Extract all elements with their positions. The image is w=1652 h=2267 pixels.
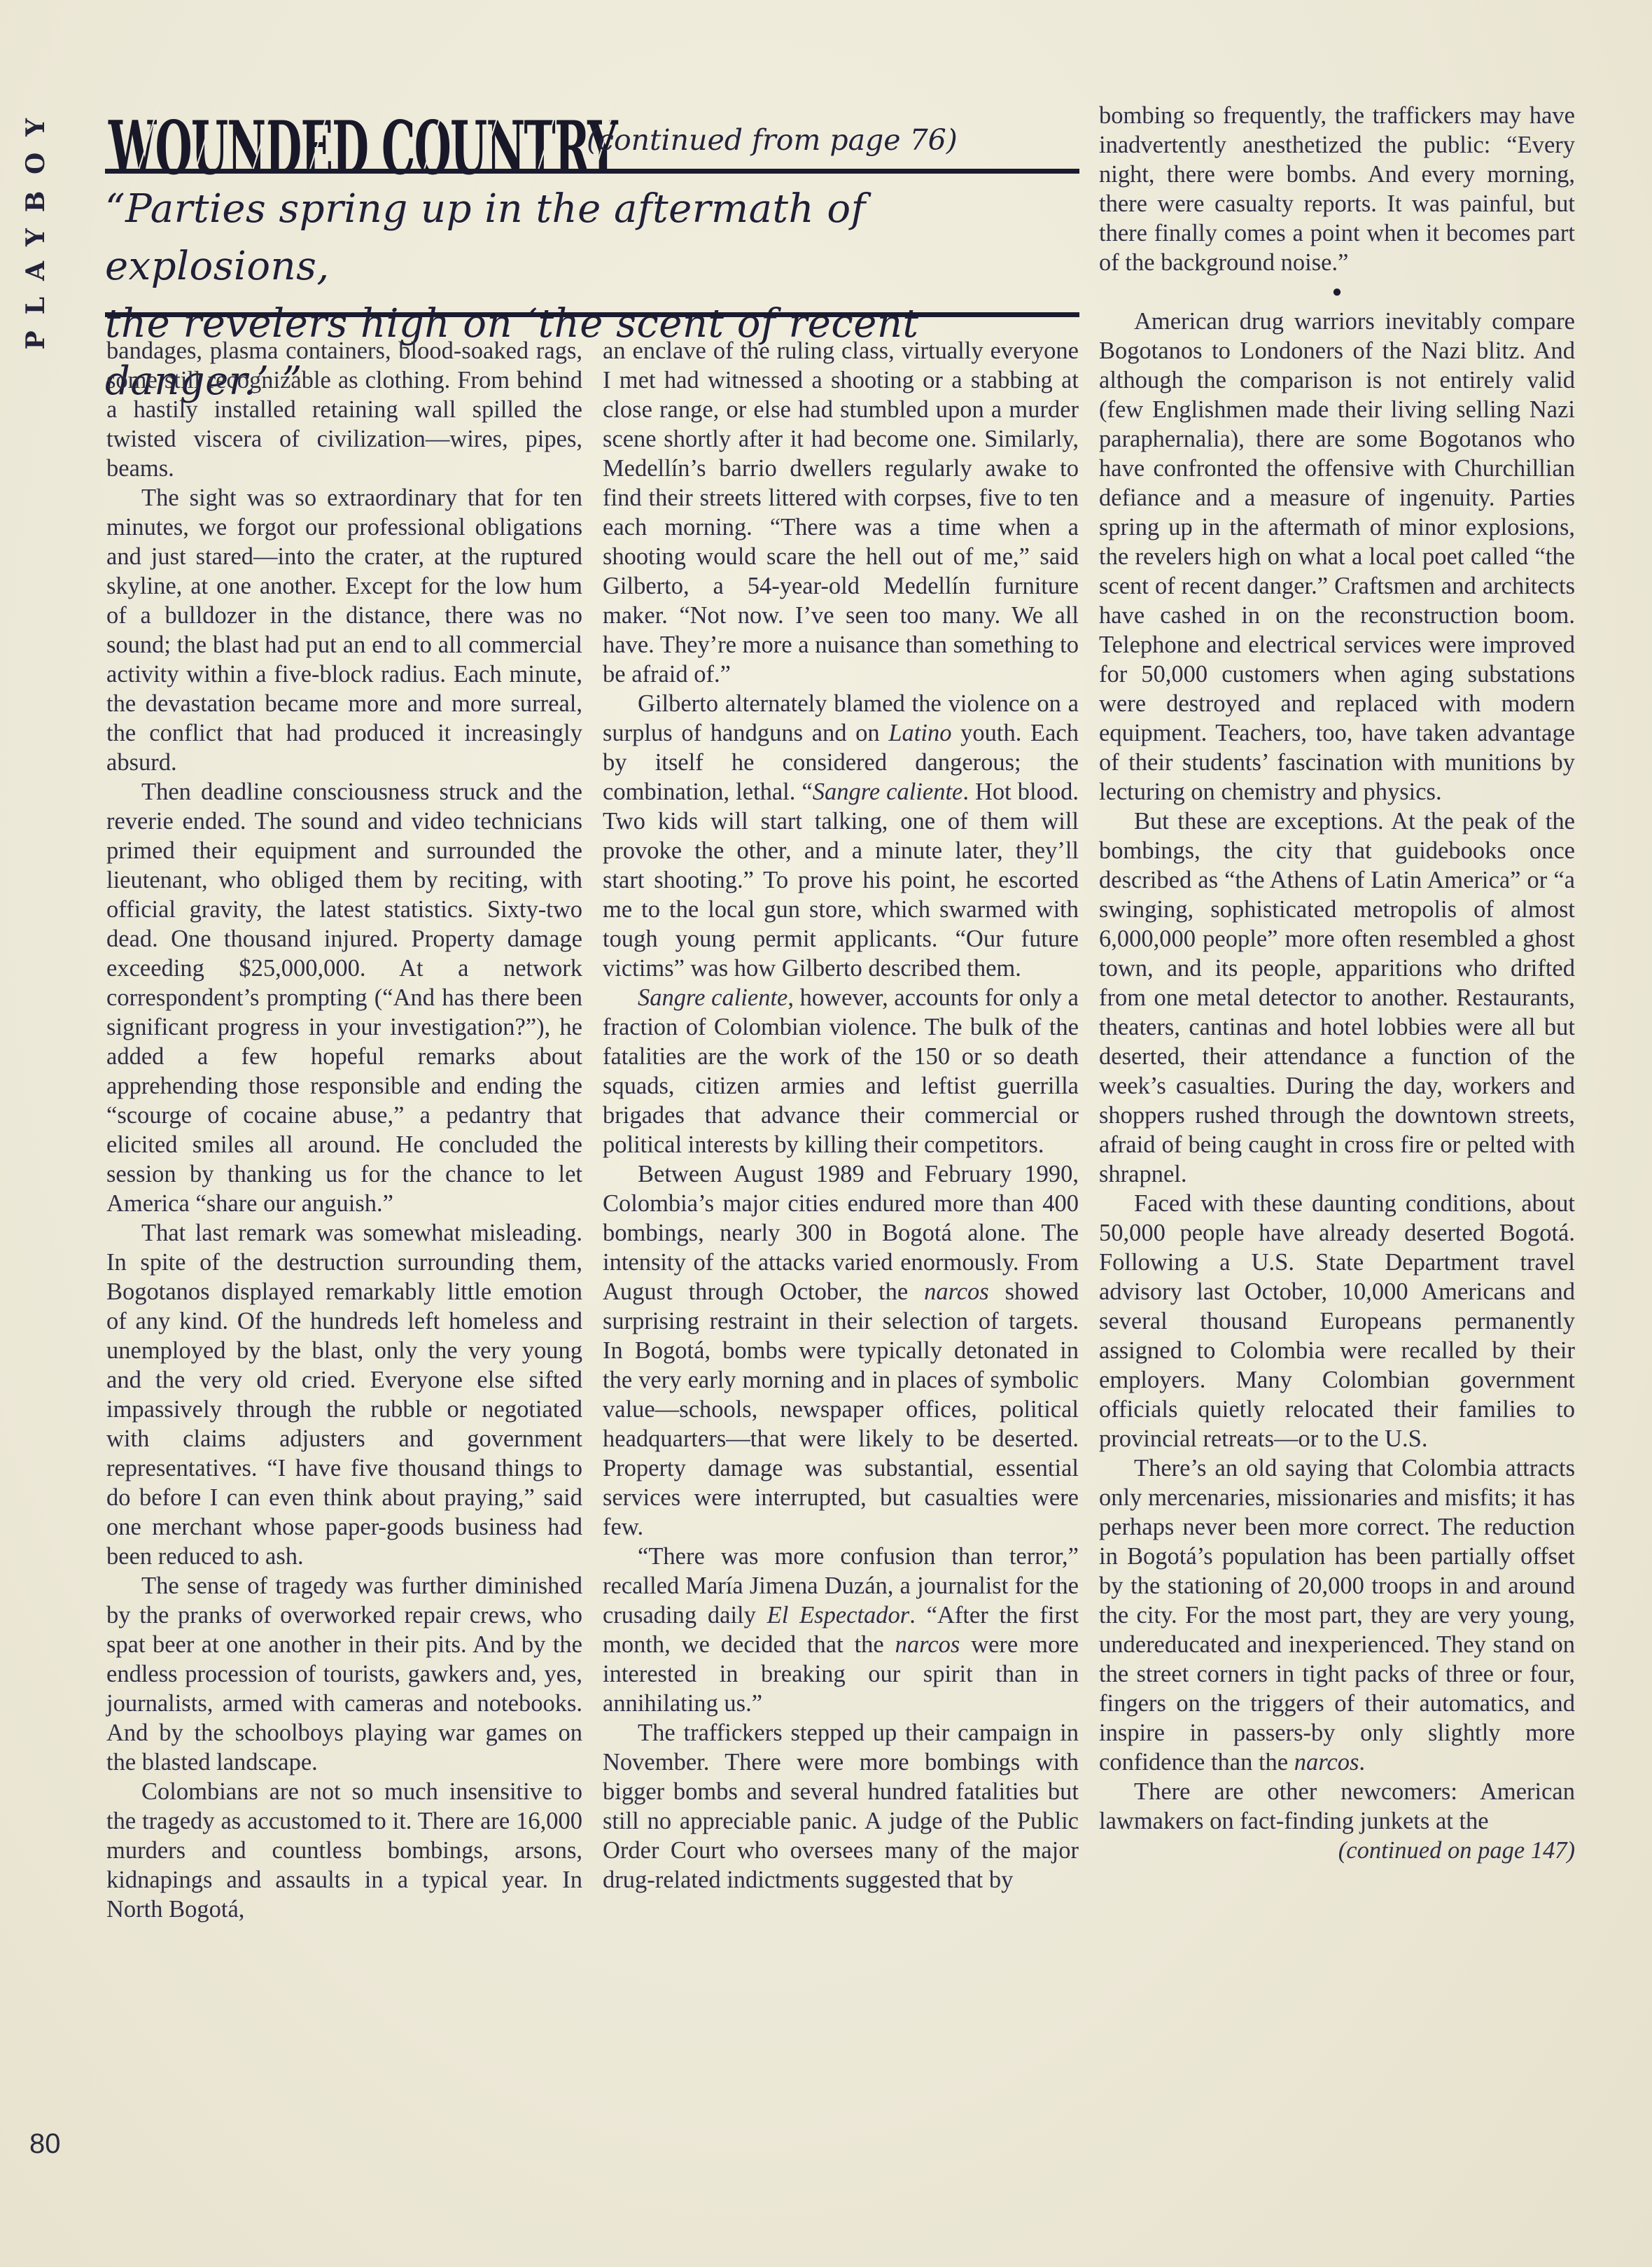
paragraph: But these are exceptions. At the peak of… xyxy=(1099,807,1575,1189)
text-run: Then deadline consciousness struck and t… xyxy=(106,779,582,1217)
paragraph: The sight was so extraordinary that for … xyxy=(106,483,582,777)
paragraph: American drug warriors inevitably compar… xyxy=(1099,307,1575,807)
article-column-2: an enclave of the ruling class, virtuall… xyxy=(603,101,1079,1924)
text-run: The sense of tragedy was further diminis… xyxy=(106,1572,582,1776)
italic-text-run: Sangre caliente xyxy=(813,779,963,805)
paragraph: bombing so frequently, the traffickers m… xyxy=(1099,101,1575,277)
italic-text-run: narcos xyxy=(895,1631,960,1658)
paragraph: “There was more confusion than terror,” … xyxy=(603,1542,1079,1718)
text-run: showed surprising restraint in their sel… xyxy=(603,1278,1079,1540)
text-run: an enclave of the ruling class, virtuall… xyxy=(603,337,1079,688)
paragraph: Colombians are not so much insensitive t… xyxy=(106,1777,582,1924)
paragraph: bandages, plasma containers, blood-soake… xyxy=(106,336,582,483)
article-column-1: bandages, plasma containers, blood-soake… xyxy=(106,101,582,1924)
text-run: American drug warriors inevitably compar… xyxy=(1099,308,1575,805)
text-run: Faced with these daunting conditions, ab… xyxy=(1099,1190,1575,1452)
magazine-name-vertical: PLAYBOY xyxy=(21,102,50,349)
paragraph: Sangre caliente, however, accounts for o… xyxy=(603,983,1079,1159)
text-run: bombing so frequently, the traffickers m… xyxy=(1099,102,1575,276)
paragraph: There are other newcomers: American lawm… xyxy=(1099,1777,1575,1836)
italic-text-run: Latino xyxy=(888,720,951,746)
magazine-page: PLAYBOY WOUNDED COUNTRY (continued from … xyxy=(0,0,1652,2267)
text-run: . Hot blood. Two kids will start talking… xyxy=(603,779,1079,982)
paragraph: Gilberto alternately blamed the violence… xyxy=(603,689,1079,983)
text-run: The traffickers stepped up their campaig… xyxy=(603,1720,1079,1893)
text-run: The sight was so extraordinary that for … xyxy=(106,484,582,776)
paragraph: Faced with these daunting conditions, ab… xyxy=(1099,1189,1575,1453)
italic-text-run: Sangre caliente xyxy=(638,984,787,1011)
italic-text-run: narcos xyxy=(1294,1749,1359,1776)
page-number: 80 xyxy=(29,2128,61,2160)
paragraph: Between August 1989 and February 1990, C… xyxy=(603,1159,1079,1542)
text-run: bandages, plasma containers, blood-soake… xyxy=(106,337,582,482)
section-separator-bullet: ● xyxy=(1099,277,1575,307)
text-run: That last remark was somewhat misleading… xyxy=(106,1220,582,1570)
article-body: bandages, plasma containers, blood-soake… xyxy=(106,101,1575,1924)
text-run: Colombians are not so much insensitive t… xyxy=(106,1778,582,1923)
text-run: There are other newcomers: American lawm… xyxy=(1099,1778,1575,1834)
text-run: . xyxy=(1359,1749,1365,1776)
text-run: There’s an old saying that Colombia attr… xyxy=(1099,1455,1575,1776)
italic-text-run: narcos xyxy=(924,1278,989,1305)
article-column-3: bombing so frequently, the traffickers m… xyxy=(1099,101,1575,1924)
italic-text-run: El Espectador xyxy=(767,1602,910,1628)
paragraph: The sense of tragedy was further diminis… xyxy=(106,1571,582,1777)
paragraph: Then deadline consciousness struck and t… xyxy=(106,777,582,1218)
text-run: But these are exceptions. At the peak of… xyxy=(1099,808,1575,1187)
paragraph: The traffickers stepped up their campaig… xyxy=(603,1718,1079,1895)
paragraph: an enclave of the ruling class, virtuall… xyxy=(603,336,1079,689)
paragraph: That last remark was somewhat misleading… xyxy=(106,1218,582,1571)
paragraph: There’s an old saying that Colombia attr… xyxy=(1099,1453,1575,1777)
magazine-spine: PLAYBOY xyxy=(21,102,53,382)
continued-on-note: (continued on page 147) xyxy=(1099,1836,1575,1865)
